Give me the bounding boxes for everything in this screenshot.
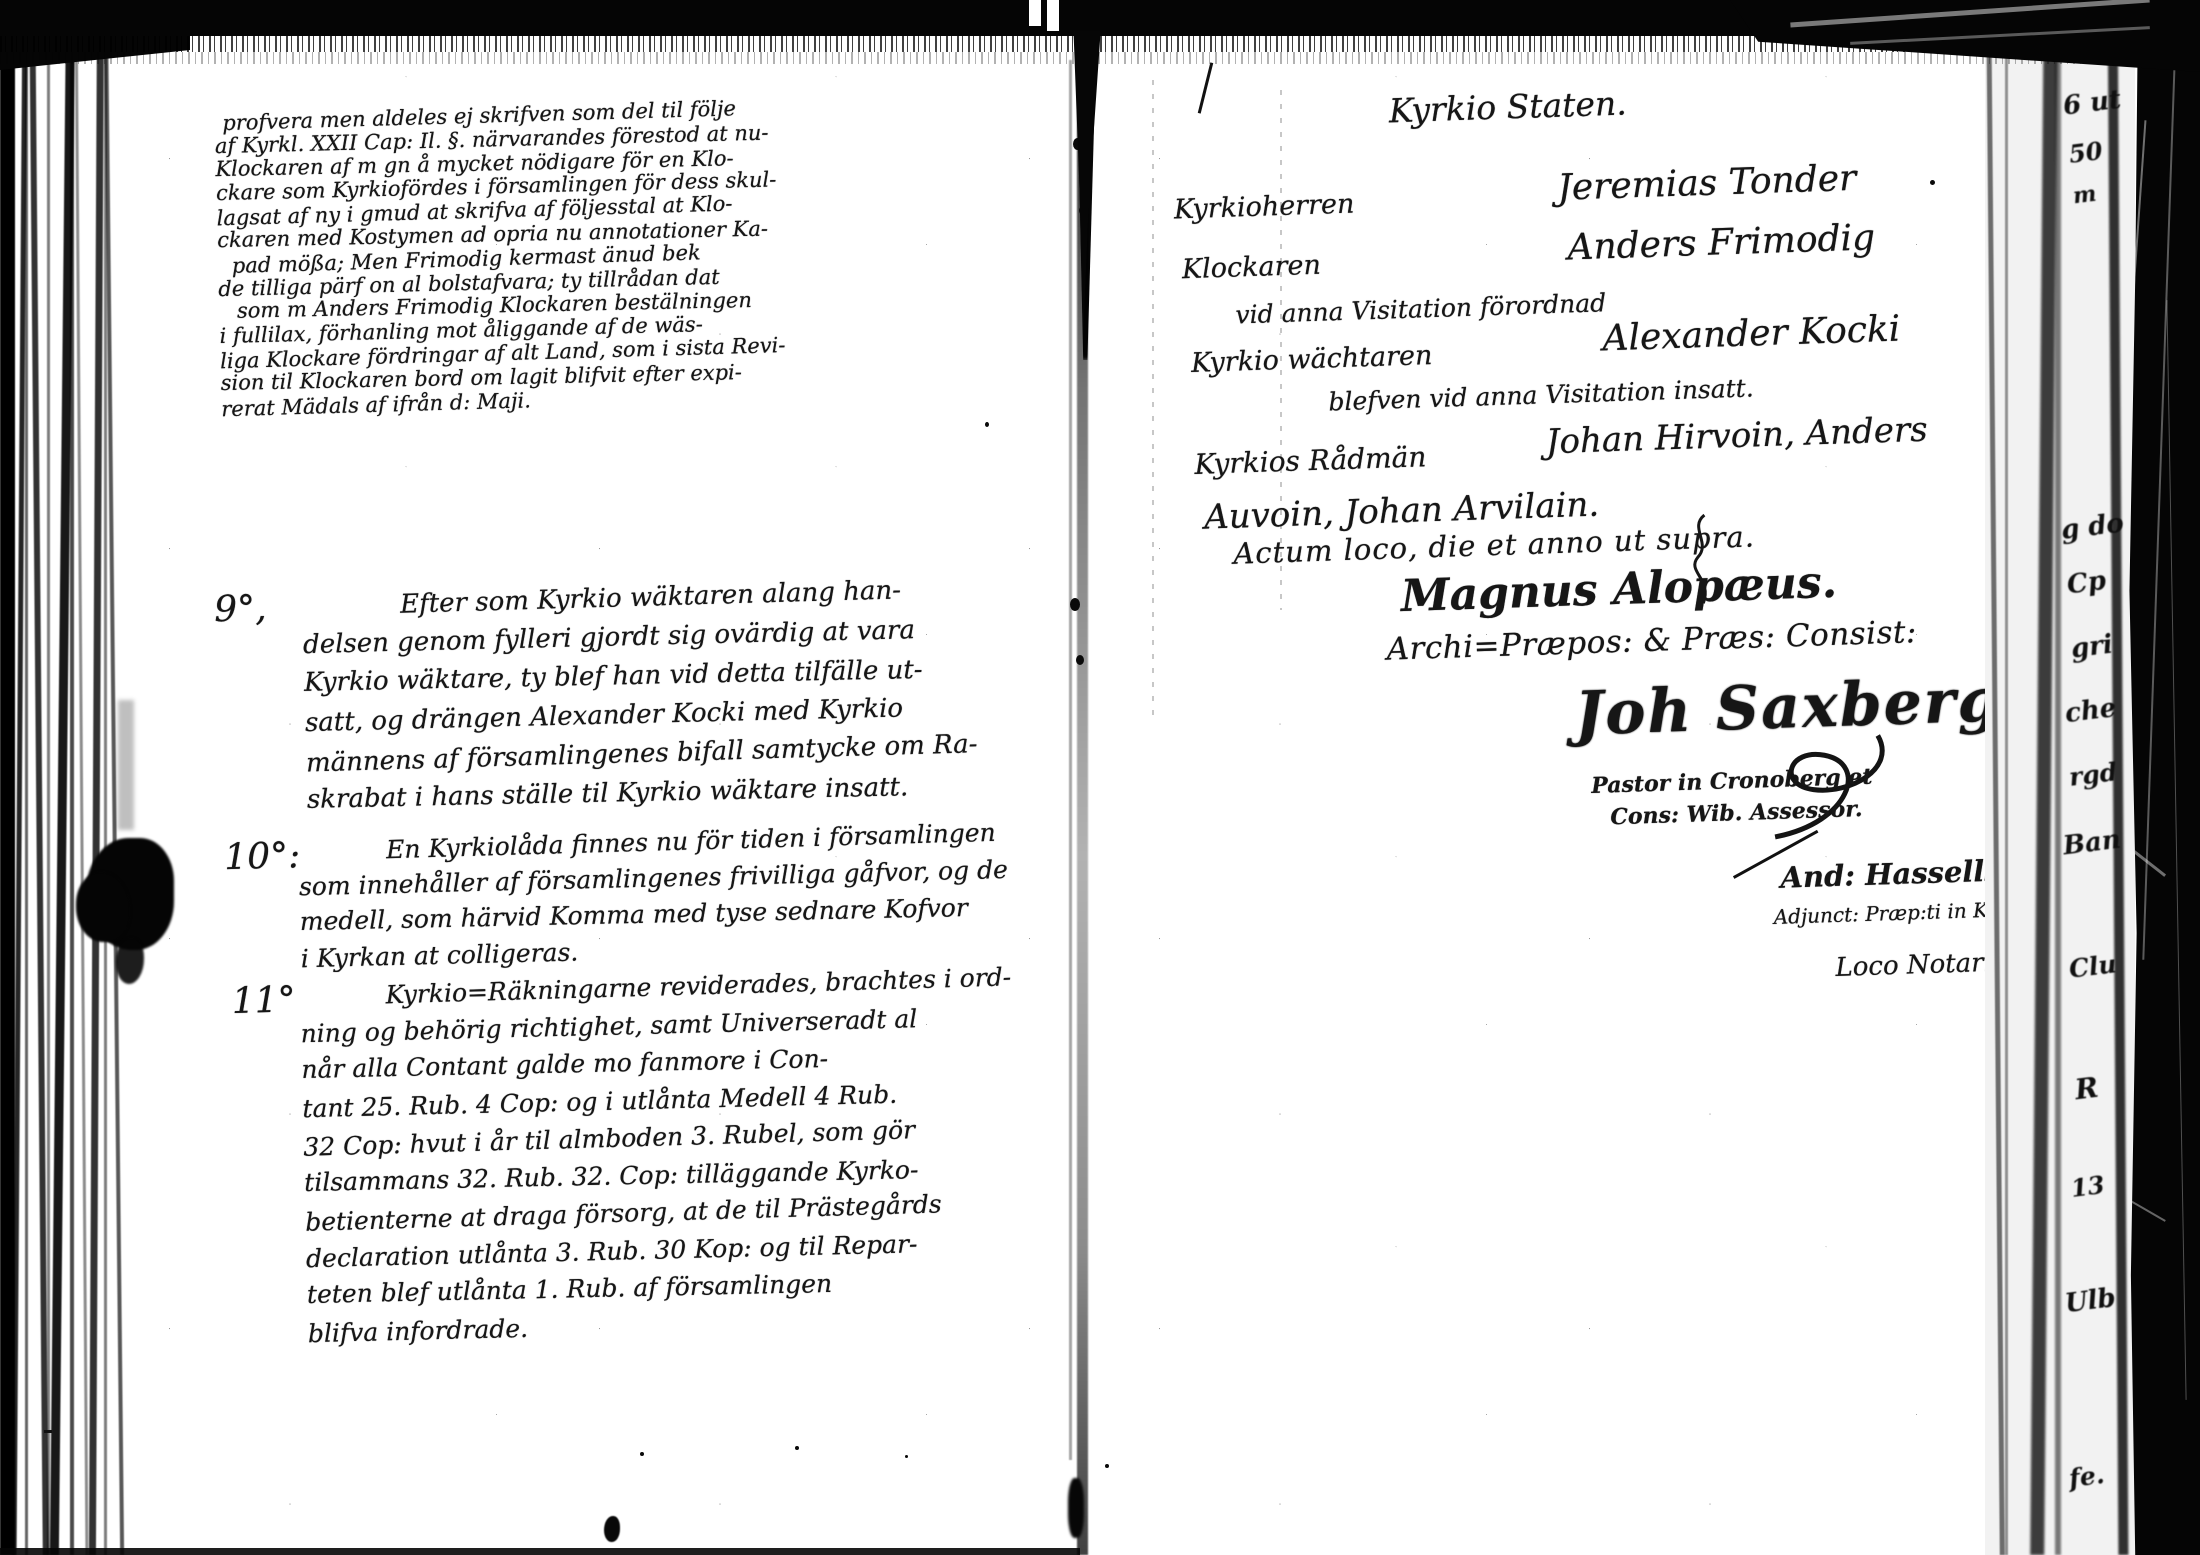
bleed-fragment: Clu (2067, 949, 2118, 984)
roster-note: blefven vid anna Visitation insatt. (1328, 373, 1754, 416)
scanned-book-spread: profvera men aldeles ej skrifven som del… (0, 0, 2200, 1555)
bleed-fragment: Ulb (2063, 1283, 2117, 1319)
bleed-fragment: che (2063, 693, 2118, 729)
ink-speck (795, 1446, 799, 1450)
signature-magnus-alopaeus: Magnus Alopæus. (1400, 557, 1838, 622)
top-band-fray (0, 52, 2200, 64)
signature-loco-notarii: Loco Notarii (1835, 948, 2001, 983)
ink-speck (985, 422, 989, 427)
roster-label: Kyrkioherren (1173, 189, 1354, 226)
right-page: Kyrkio Staten. Kyrkioherren Jeremias Ton… (1108, 30, 1988, 1550)
signature-magnus-title: Archi=Præpos: & Præs: Consist: (1386, 614, 1917, 668)
section-9-paragraph: Efter som Kyrkio wäktaren alang han- del… (302, 571, 979, 821)
next-page-sliver: 6 ut 50 m g do Cp gri che rgd Ban Clu R … (1985, 0, 2135, 1555)
left-scan-edge (0, 0, 132, 1555)
roster-name: Anders Frimodig (1567, 217, 1876, 268)
bleed-fragment: 13 (2069, 1170, 2106, 1203)
section-marker-10: 10°: (224, 835, 301, 878)
ink-speck (1930, 180, 1935, 185)
ink-speck (604, 1516, 620, 1542)
section-10-paragraph: En Kyrkiolåda finnes nu för tiden i förs… (298, 816, 1010, 977)
bleed-fragment: fe. (2067, 1460, 2106, 1493)
ink-speck (905, 1455, 908, 1458)
roster-name: Alexander Kocki (1602, 308, 1901, 359)
bleed-fragment: rgd (2067, 757, 2118, 792)
right-page-heading: Kyrkio Staten. (1388, 83, 1627, 130)
bleed-fragment: 50 (2067, 136, 2104, 169)
roster-name: Johan Hirvoin, Anders (1545, 410, 1928, 463)
left-page: profvera men aldeles ej skrifven som del… (118, 30, 1063, 1550)
section-marker-11: 11° (231, 979, 296, 1022)
ink-speck (640, 1452, 644, 1456)
right-scan-border (2128, 0, 2200, 1555)
section-marker-9: 9°, (214, 588, 267, 630)
bleed-fragment: gri (2069, 630, 2114, 665)
ink-speck (1105, 1464, 1109, 1468)
bottom-scan-line (0, 1548, 1080, 1555)
bleed-fragment: Cp (2065, 566, 2107, 601)
top-band-notch (1047, 0, 1059, 31)
signature-flourish (1680, 513, 1719, 606)
roster-note: vid anna Visitation förordnad (1235, 288, 1607, 329)
roster-label: Kyrkios Rådmän (1194, 440, 1427, 481)
carryover-paragraph: profvera men aldeles ej skrifven som del… (214, 97, 787, 420)
ink-speck (44, 1430, 52, 1433)
bleed-fragment: R (2073, 1071, 2100, 1107)
roster-name: Jeremias Tonder (1557, 158, 1857, 209)
roster-label: Kyrkio wächtaren (1191, 340, 1433, 379)
section-11-paragraph: Kyrkio=Räkningarne reviderades, brachtes… (299, 960, 1020, 1352)
top-band-notch (1029, 0, 1041, 26)
bleed-fragment: m (2072, 181, 2098, 210)
roster-label: Klockaren (1181, 250, 1321, 286)
